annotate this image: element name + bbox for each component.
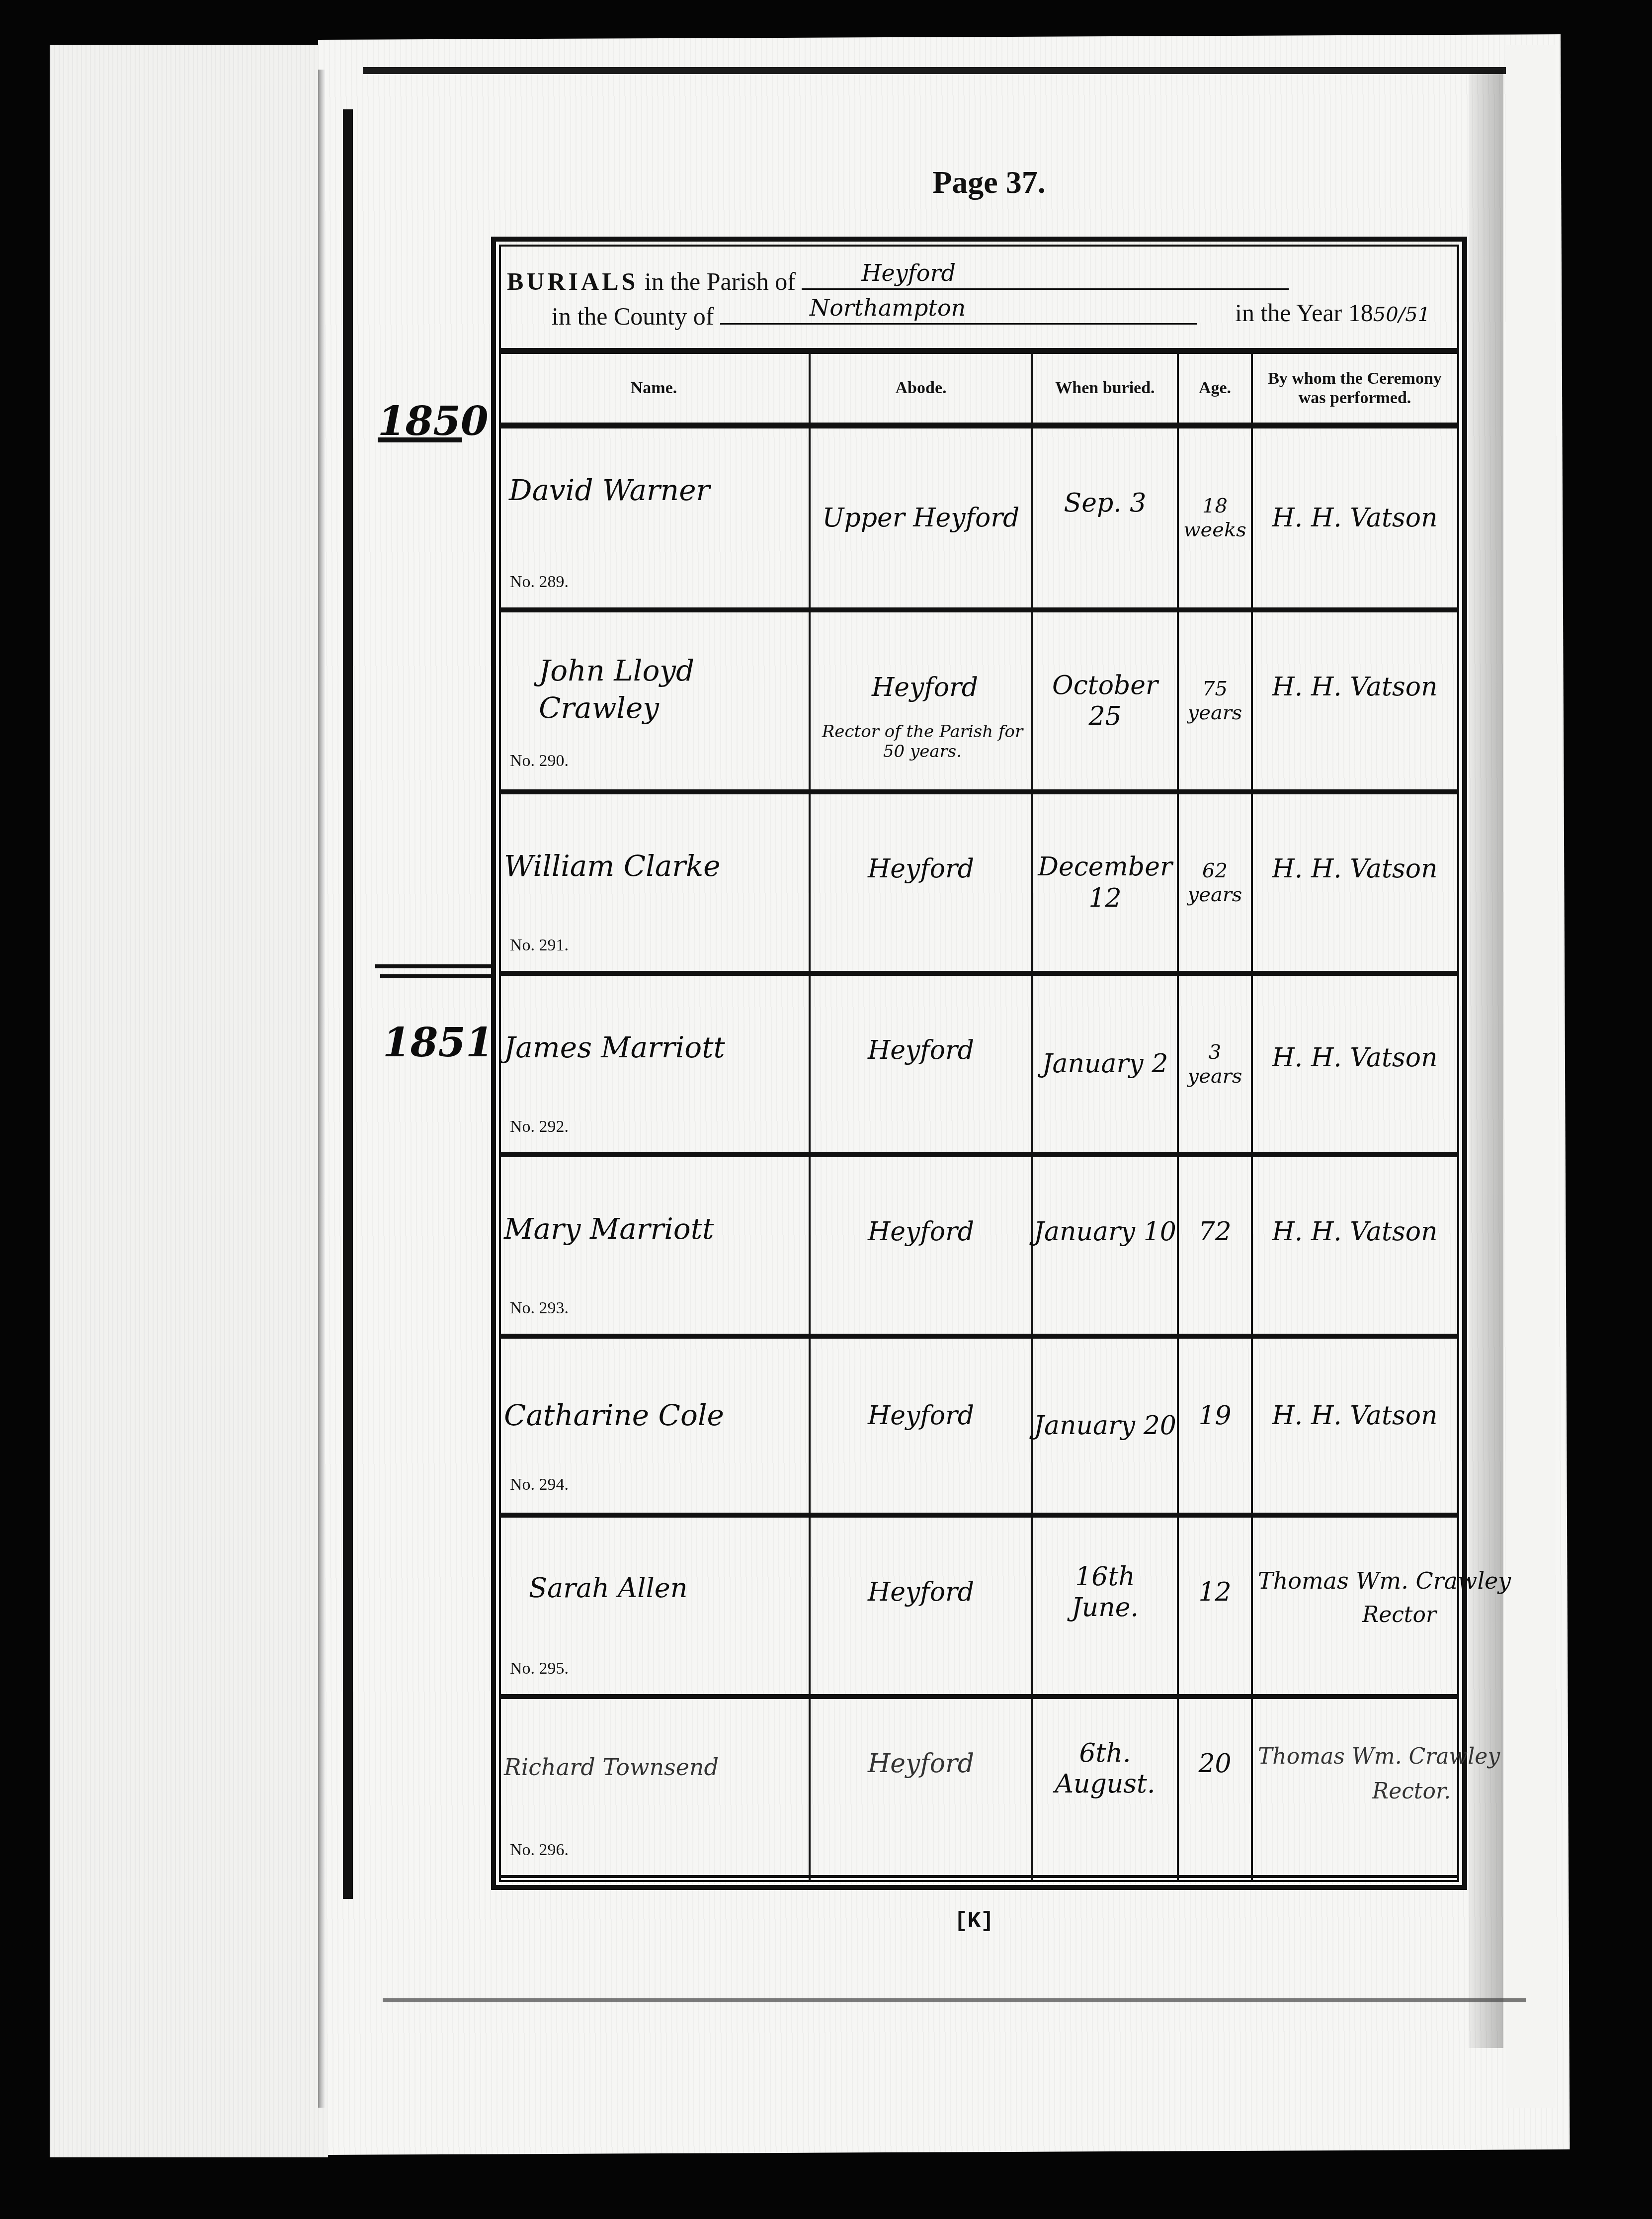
entry-abode: Upper Heyford	[811, 428, 1031, 607]
entry-age: 3 years	[1179, 976, 1251, 1152]
entry-abode: Heyford	[811, 1518, 1031, 1667]
entry-number: No. 294.	[510, 1475, 569, 1494]
title-parish-label: in the Parish of	[645, 267, 796, 295]
entry-number: No. 295.	[510, 1659, 569, 1678]
page-top-rule	[363, 67, 1523, 74]
binding-rule	[343, 109, 353, 1899]
entry-by-whom-cell: Thomas Wm. Crawley Rector	[1253, 1518, 1467, 1694]
table-row: James Marriott No. 292.	[499, 976, 809, 1152]
row-divider	[499, 789, 1459, 794]
entry-abode: Heyford	[811, 1699, 1031, 1828]
signature-mark: [K]	[944, 1909, 1004, 1934]
right-page-strip	[1506, 45, 1556, 2108]
entry-by-whom: Thomas Wm. Crawley	[1258, 1567, 1511, 1595]
entry-number: No. 293.	[510, 1299, 569, 1318]
entry-number: No. 289.	[510, 573, 569, 592]
entry-abode: Heyford	[811, 1157, 1031, 1306]
table-row: William Clarke No. 291.	[499, 794, 809, 971]
column-header-name: Name.	[499, 354, 809, 423]
parish-fill-line: Heyford	[802, 263, 1289, 290]
row-divider	[499, 1513, 1459, 1518]
entry-when-buried: January 10	[1033, 1157, 1177, 1306]
year-value: 50/51	[1373, 303, 1430, 326]
entry-by-whom-title: Rector	[1362, 1602, 1436, 1628]
table-row: John Lloyd Crawley No. 290.	[499, 612, 809, 789]
entry-age: 72	[1179, 1157, 1251, 1306]
row-divider	[499, 607, 1459, 612]
year-label-text: in the Year 18	[1235, 299, 1373, 327]
entry-by-whom: H. H. Vatson	[1253, 1339, 1457, 1493]
entry-abode: Heyford	[821, 672, 1029, 703]
entry-by-whom-cell: Thomas Wm. Crawley Rector.	[1253, 1699, 1467, 1875]
column-header-by-whom: By whom the Ceremony was performed.	[1253, 354, 1457, 423]
register-county-line: in the County of Northampton	[552, 298, 1197, 331]
header-bottom-rule	[499, 423, 1459, 428]
entry-by-whom: H. H. Vatson	[1253, 1157, 1457, 1306]
entry-when-buried: January 2	[1033, 976, 1177, 1152]
county-fill-line: Northampton	[720, 298, 1197, 325]
entry-abode: Heyford	[811, 1339, 1031, 1493]
entry-by-whom: H. H. Vatson	[1253, 612, 1457, 762]
year-separator-rule	[375, 964, 495, 968]
table-row: David Warner No. 289.	[499, 428, 809, 607]
left-page-flap	[50, 45, 328, 2157]
row-divider	[499, 1152, 1459, 1157]
parish-value: Heyford	[861, 259, 955, 286]
table-row: Richard Townsend No. 296.	[499, 1699, 809, 1875]
entry-by-whom-title: Rector.	[1372, 1779, 1451, 1805]
entry-by-whom: H. H. Vatson	[1253, 428, 1457, 607]
entry-when-buried: 6th. August.	[1033, 1699, 1177, 1838]
entry-age: 75 years	[1179, 612, 1251, 789]
entry-number: No. 292.	[510, 1117, 569, 1136]
entry-name: William Clarke	[504, 849, 721, 883]
row-divider	[499, 1875, 1459, 1878]
year-label: in the Year 1850/51	[1235, 298, 1430, 327]
entry-when-buried: January 20	[1033, 1339, 1177, 1513]
register-title: BURIALS in the Parish of Heyford	[507, 263, 1289, 296]
entry-abode-cell: Heyford Rector of the Parish for 50 year…	[811, 612, 1031, 789]
entry-name: Mary Marriott	[504, 1212, 714, 1246]
entry-name: David Warner	[509, 473, 710, 507]
entry-abode: Heyford	[811, 794, 1031, 943]
entry-name: Sarah Allen	[529, 1572, 687, 1604]
entry-abode: Heyford	[811, 976, 1031, 1125]
entry-when-buried: Sep. 3	[1033, 428, 1177, 578]
entry-age: 62 years	[1179, 794, 1251, 971]
row-divider	[499, 1334, 1459, 1339]
page-crease	[318, 70, 325, 2108]
margin-year-1851: 1851	[383, 1019, 494, 1066]
year-separator-rule	[380, 974, 495, 978]
entry-number: No. 290.	[510, 752, 569, 770]
county-value: Northampton	[810, 294, 966, 321]
entry-age: 18 weeks	[1179, 428, 1251, 607]
page-number: Page 37.	[914, 164, 1064, 201]
row-divider	[499, 1694, 1459, 1699]
table-row: Sarah Allen No. 295.	[499, 1518, 809, 1694]
entry-by-whom: H. H. Vatson	[1253, 976, 1457, 1140]
entry-when-buried: October 25	[1033, 612, 1177, 789]
title-burials: BURIALS	[507, 267, 638, 295]
entry-age: 20	[1179, 1699, 1251, 1828]
column-header-abode: Abode.	[811, 354, 1031, 423]
page-bottom-rule	[383, 1998, 1526, 2002]
county-label: in the County of	[552, 302, 714, 330]
entry-name: Catharine Cole	[504, 1398, 724, 1432]
entry-by-whom: Thomas Wm. Crawley	[1258, 1744, 1500, 1770]
entry-age: 12	[1179, 1518, 1251, 1667]
table-row: Catharine Cole No. 294.	[499, 1339, 809, 1513]
table-row: Mary Marriott No. 293.	[499, 1157, 809, 1334]
entry-number: No. 291.	[510, 936, 569, 955]
column-header-when-buried: When buried.	[1033, 354, 1177, 423]
margin-year-underline	[378, 437, 462, 442]
header-top-rule	[499, 348, 1459, 354]
entry-age: 19	[1179, 1339, 1251, 1493]
entry-when-buried: 16th June.	[1033, 1518, 1177, 1667]
entry-name: Richard Townsend	[504, 1754, 719, 1781]
entry-when-buried: December 12	[1033, 794, 1177, 971]
column-header-age: Age.	[1179, 354, 1251, 423]
entry-number: No. 296.	[510, 1841, 569, 1860]
row-divider	[499, 971, 1459, 976]
entry-by-whom: H. H. Vatson	[1253, 794, 1457, 943]
entry-name: John Lloyd Crawley	[539, 652, 797, 727]
entry-abode-note: Rector of the Parish for 50 years.	[816, 722, 1029, 762]
entry-name: James Marriott	[504, 1030, 725, 1064]
